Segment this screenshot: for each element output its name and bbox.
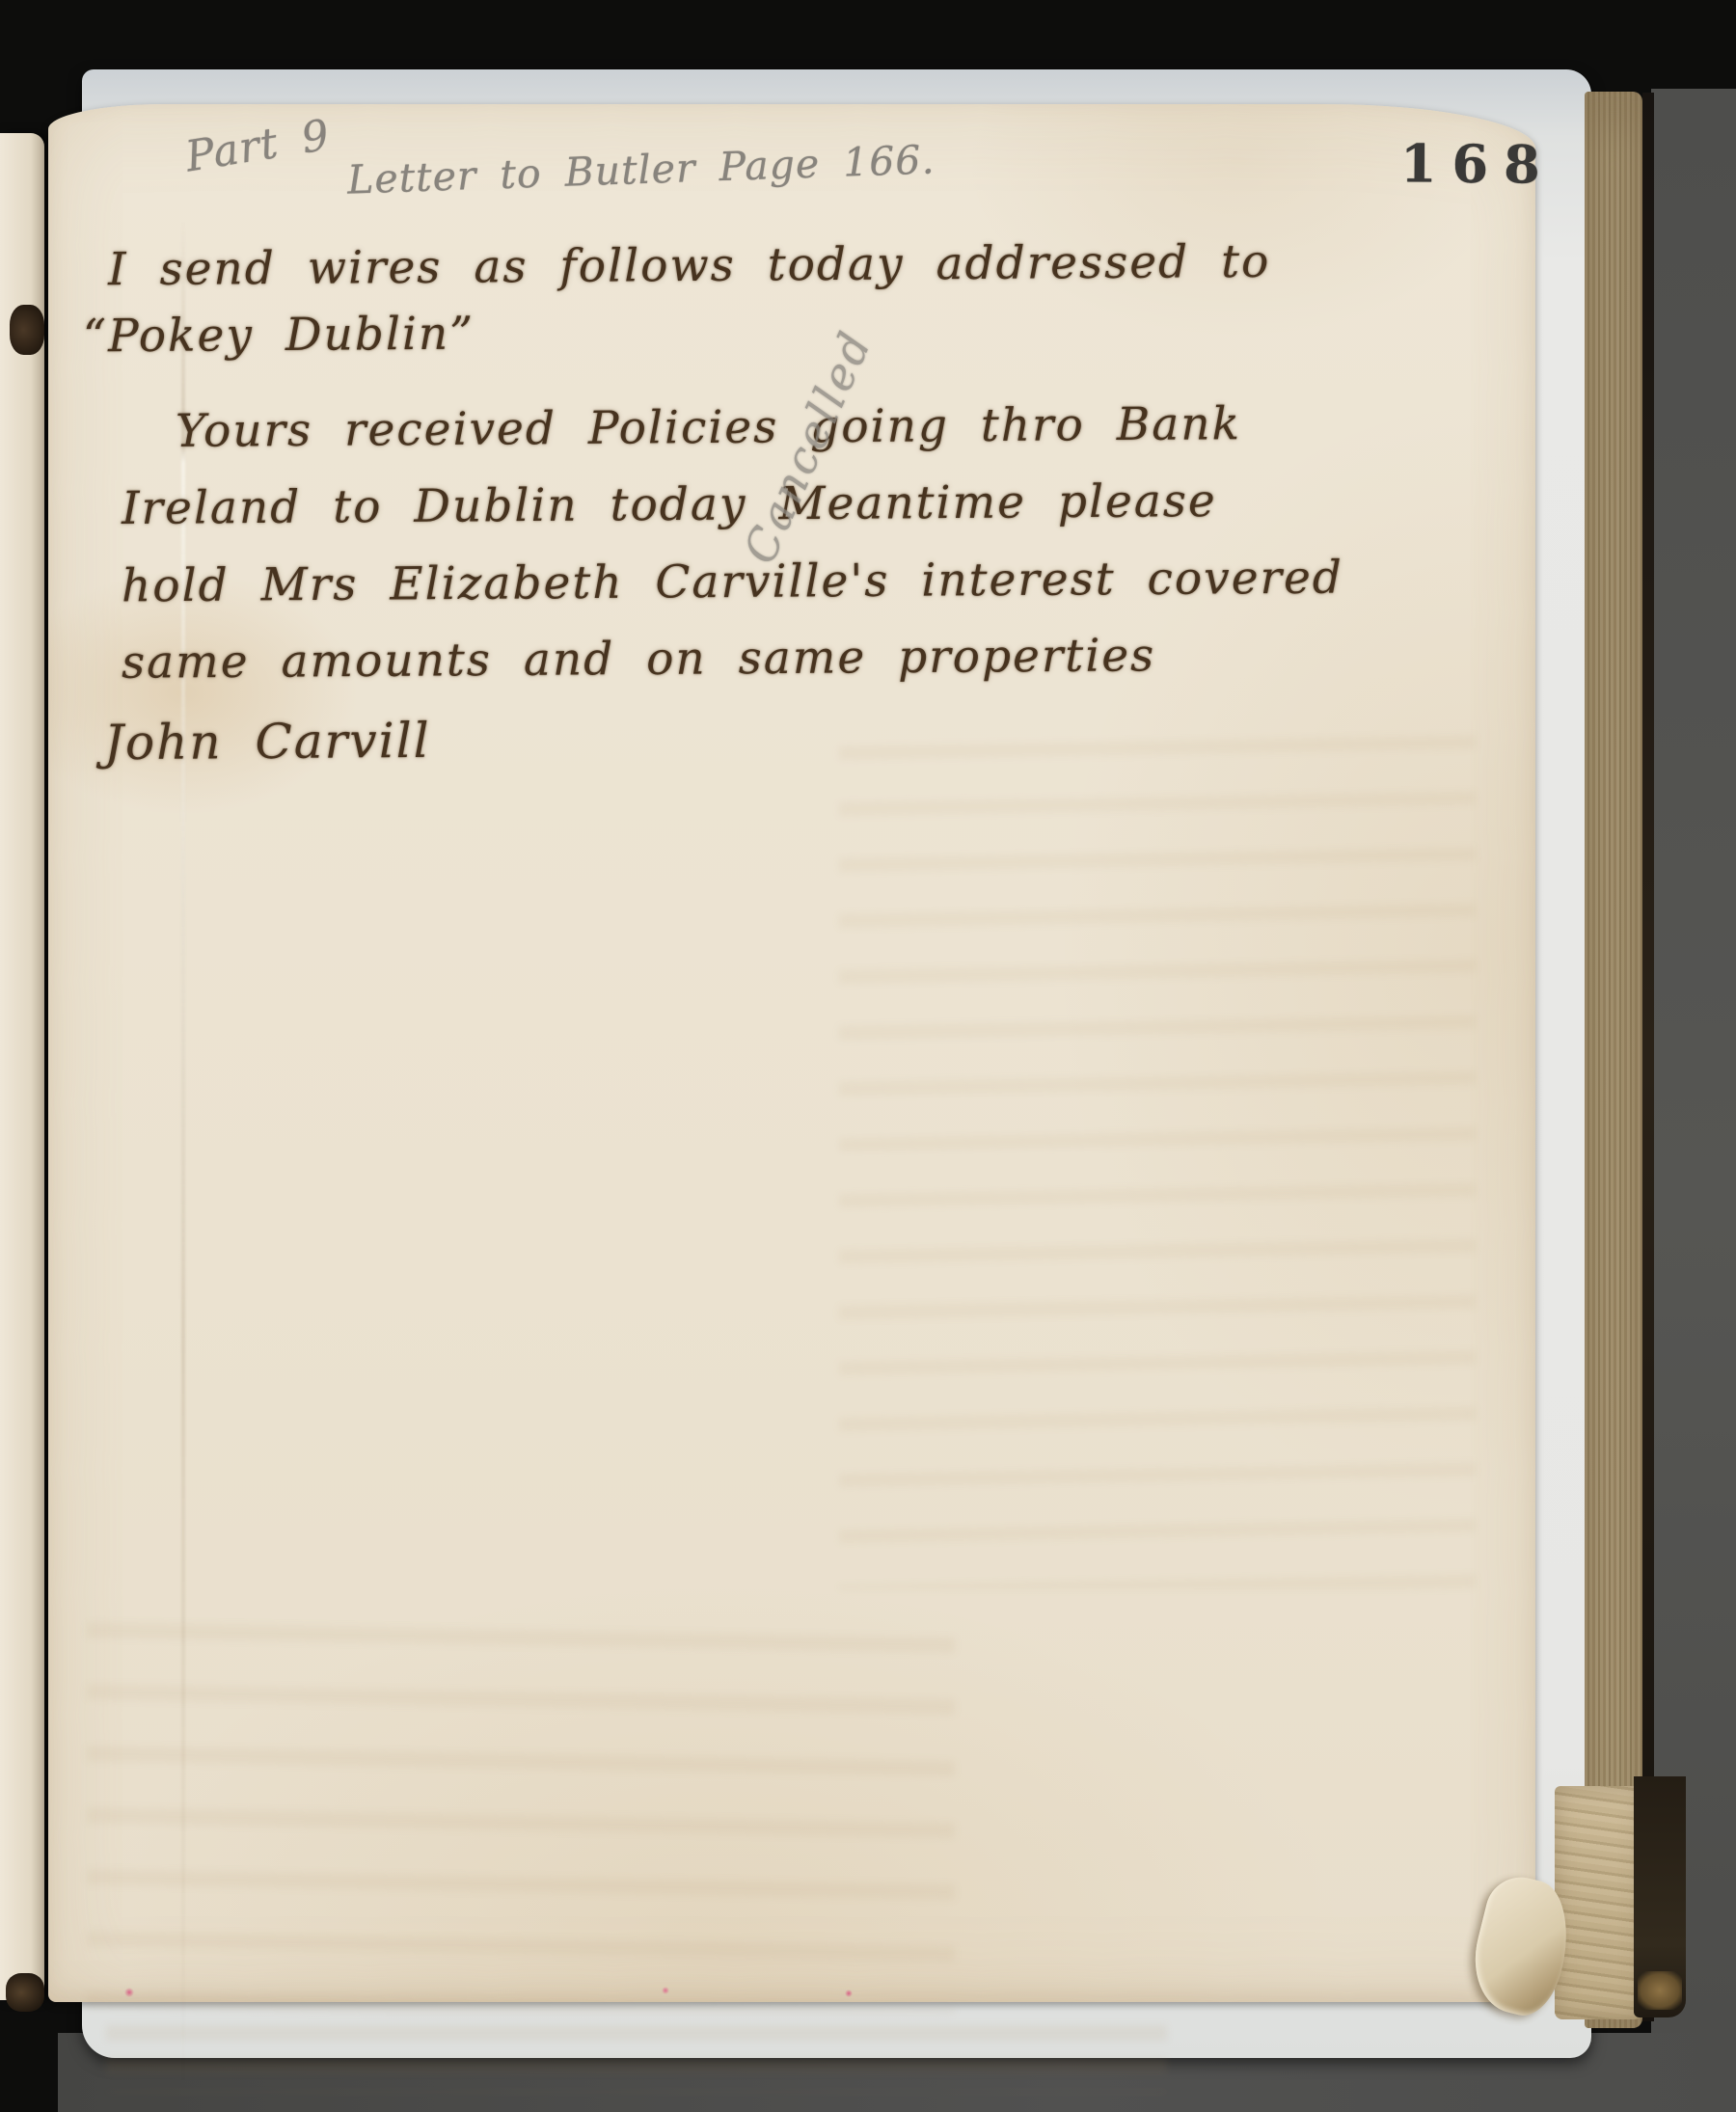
spine-leather-fragment-lower <box>6 1973 44 2012</box>
photographed-book-scene: 168 Part 9 Letter to Butler Page 166. I … <box>0 0 1736 2112</box>
letter-line: “Pokey Dublin” <box>83 308 475 364</box>
pencil-reference-note: Letter to Butler Page 166. <box>346 136 936 203</box>
page-number-stamp: 168 <box>1400 132 1556 195</box>
crinkled-page-edges-corner <box>1555 1786 1643 2019</box>
letter-line: I send wires as follows today addressed … <box>108 235 1271 296</box>
letter-line: same amounts and on same properties <box>122 629 1156 689</box>
previous-page-edge <box>0 133 44 2000</box>
bleed-through-text-right <box>839 721 1476 1589</box>
worn-cover-corner-patch <box>1638 1971 1682 2010</box>
book-cover-edge <box>1642 93 1654 2021</box>
letter-line: hold Mrs Elizabeth Carville's interest c… <box>122 552 1343 613</box>
letter-line: Ireland to Dublin today Meantime please <box>122 474 1217 535</box>
pencil-part-label: Part 9 <box>182 111 334 182</box>
manuscript-page: 168 Part 9 Letter to Butler Page 166. I … <box>48 104 1535 2002</box>
bleed-through-text-lower-left <box>87 1609 955 2014</box>
signature: John Carvill <box>104 713 431 771</box>
spine-leather-fragment <box>10 305 44 355</box>
letter-line: Yours received Policies going thro Bank <box>176 397 1241 458</box>
book-fore-edge-pages <box>1585 92 1642 2028</box>
red-ink-specks <box>116 1987 1080 1998</box>
